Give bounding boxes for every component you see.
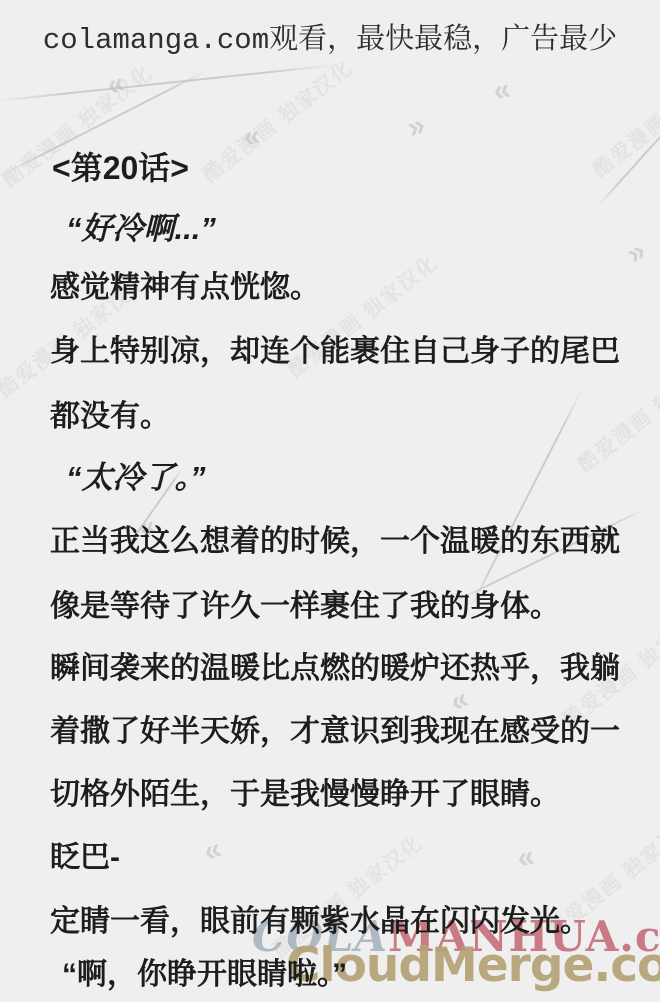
chevron-watermark-icon: » [404,110,429,144]
manga-text-page: 酷爱漫画 独家汉化 酷爱漫画 独家汉化 酷爱漫画 独家汉化 酷爱漫画 独家汉化 … [0,0,660,1002]
dialogue-line: “好冷啊...” [66,203,216,248]
body-line: 正当我这么想着的时候，一个温暖的东西就 [50,516,620,560]
body-line: 定睛一看，眼前有颗紫水晶在闪闪发光。 [50,896,590,940]
site-promo-banner: colamanga.com观看，最快最稳，广告最少 [0,16,660,57]
dialogue-line: “太冷了。” [66,452,206,497]
dialogue-line: “啊，你睁开眼睛啦。” [62,949,347,993]
body-line: 身上特别凉，却连个能裹住自己身子的尾巴 [50,326,620,370]
body-line: 着撒了好半天娇，才意识到我现在感受的一 [50,706,620,750]
body-line: 眨巴- [50,832,120,876]
body-line: 切格外陌生，于是我慢慢睁开了眼睛。 [50,769,560,813]
chevron-watermark-icon: » [516,844,538,876]
scratch-line [467,385,585,613]
body-line: 瞬间袭来的温暖比点燃的暖炉还热乎，我躺 [50,643,620,687]
chapter-title: <第20话> [52,143,189,189]
body-line: 都没有。 [50,391,170,435]
chevron-watermark-icon: » [200,836,226,870]
chevron-watermark-icon: » [491,77,514,110]
body-line: 像是等待了许久一样裹住了我的身体。 [50,581,560,625]
chevron-watermark-icon: » [622,236,651,270]
background-watermark-text: 酷爱漫画 独家汉化 [586,47,660,183]
body-line: 感觉精神有点恍惚。 [50,262,320,306]
